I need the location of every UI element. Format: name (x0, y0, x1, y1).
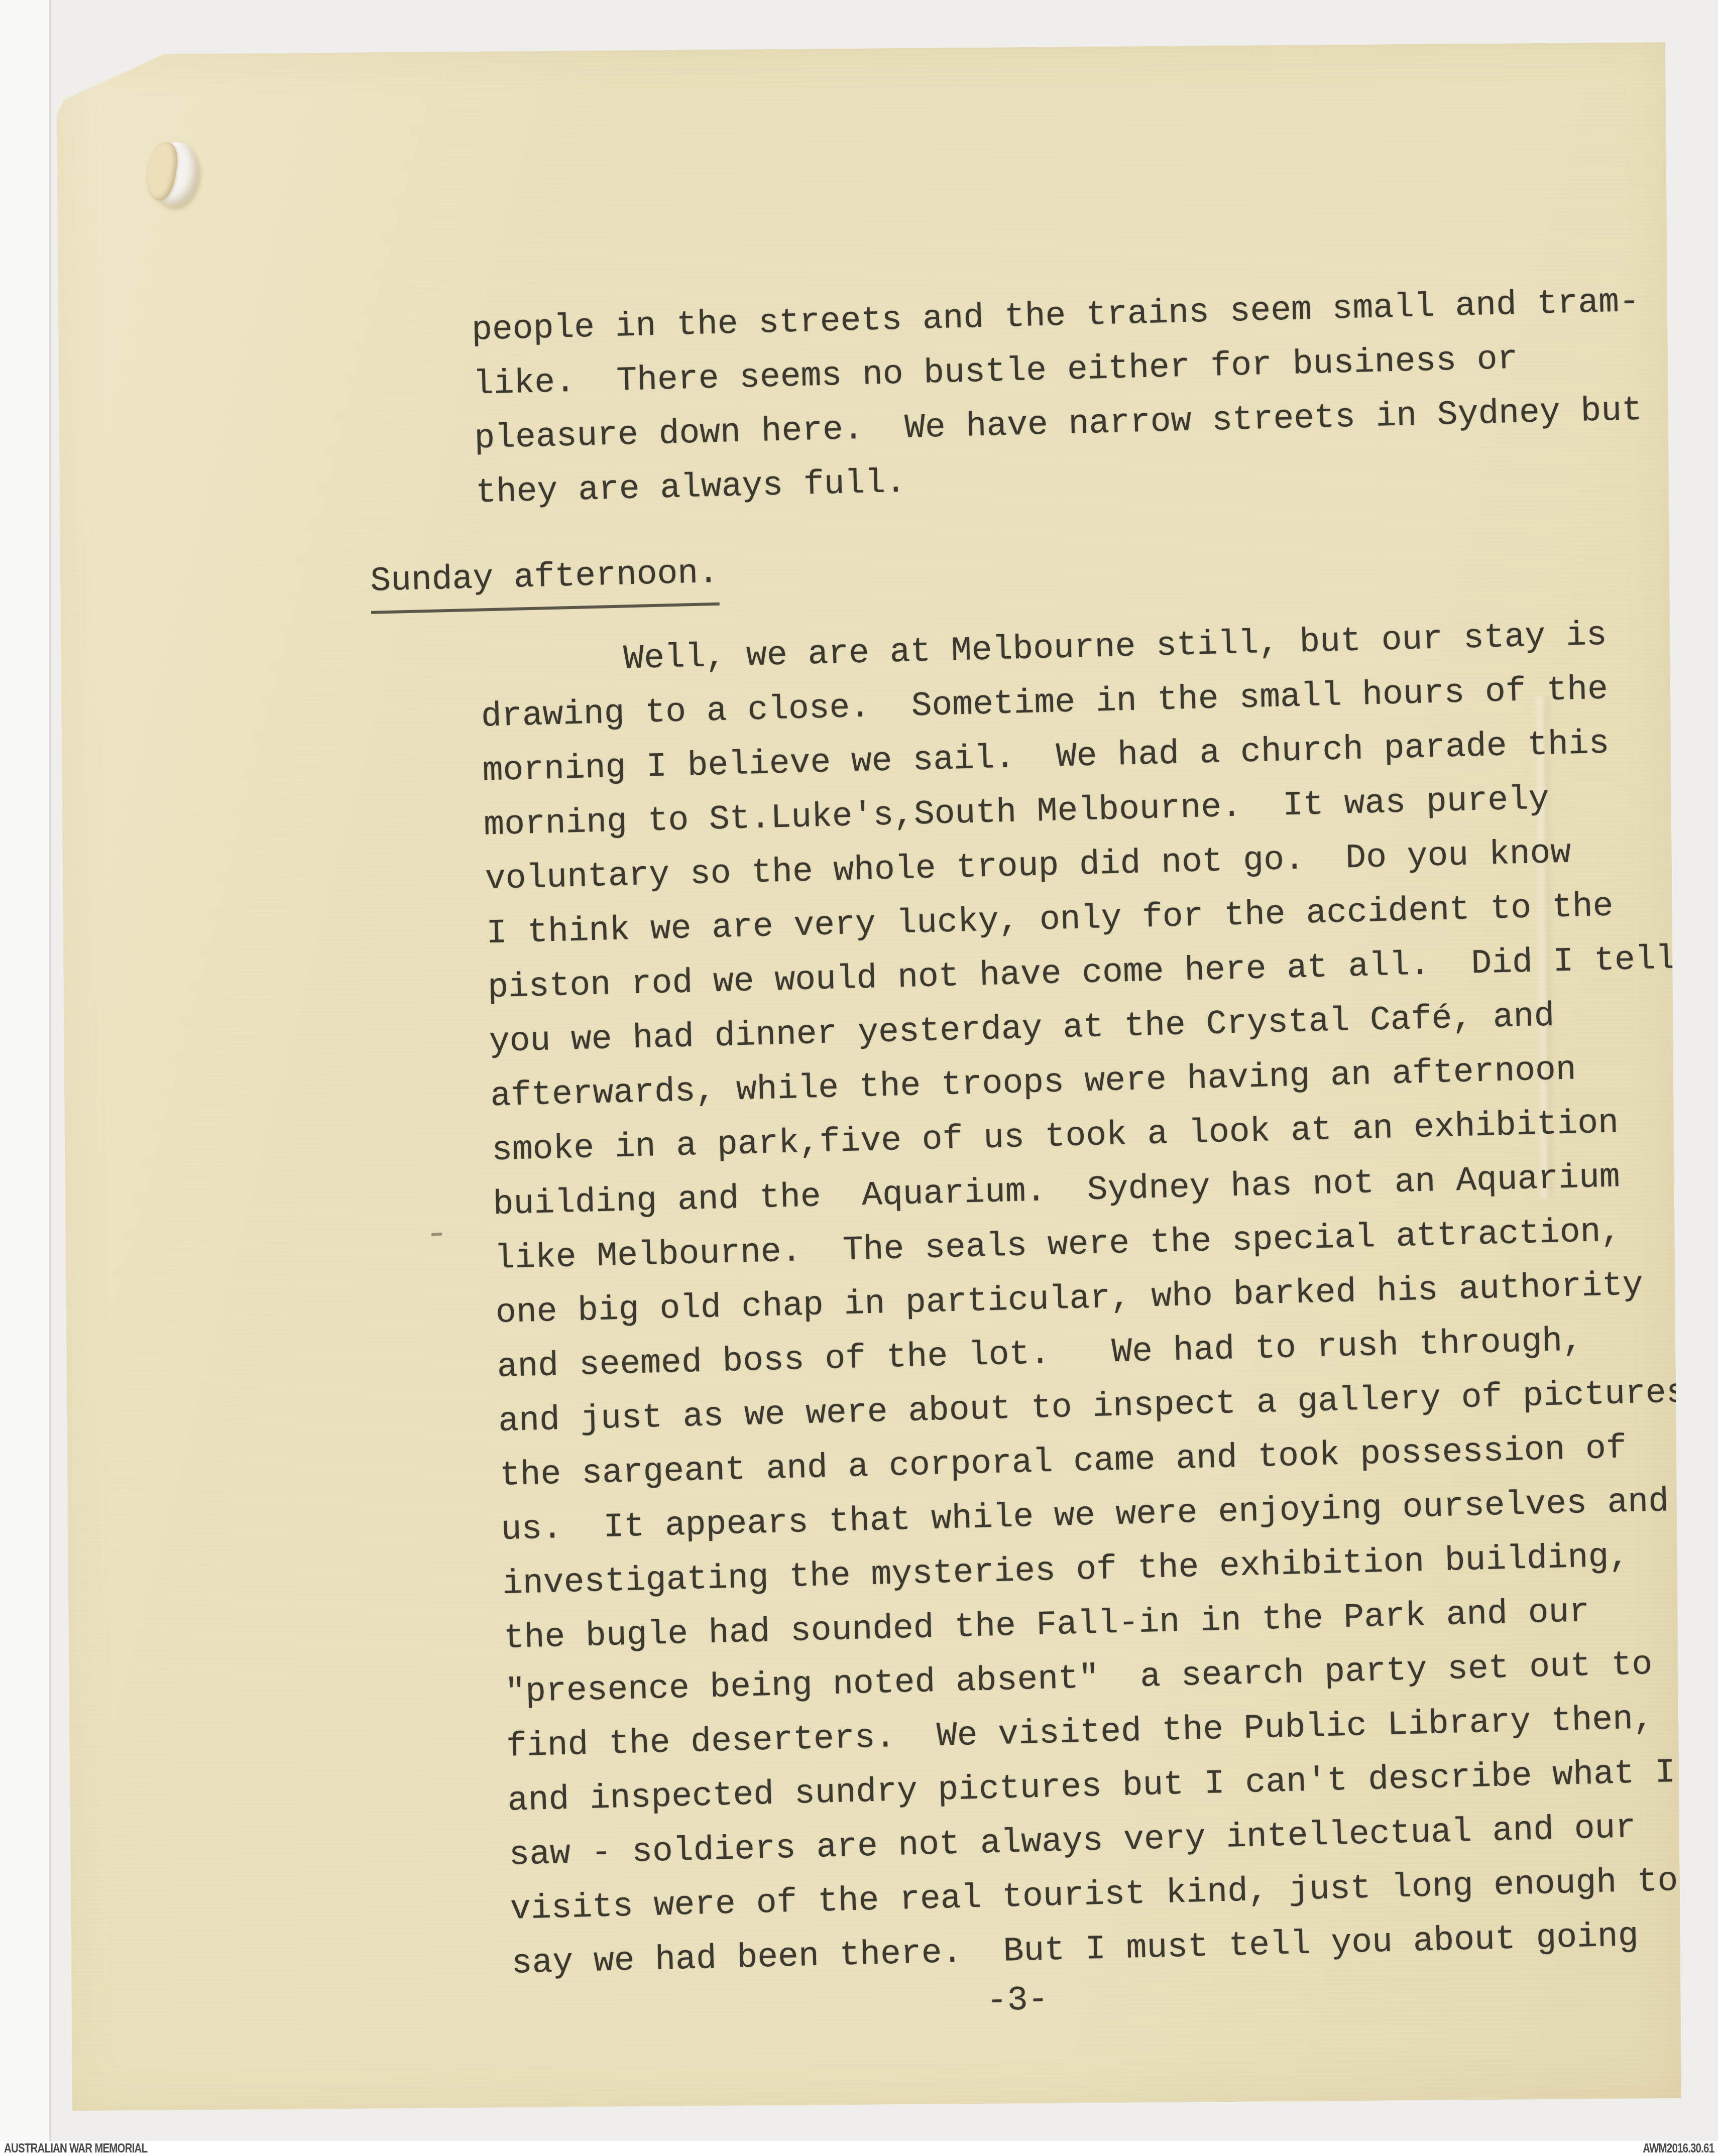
paper-hole (150, 139, 203, 209)
torn-corner-edge (59, 51, 163, 100)
section-heading: Sunday afternoon. (370, 546, 719, 614)
typed-text-block: people in the streets and the trains see… (471, 274, 1718, 2041)
paragraph-1: people in the streets and the trains see… (471, 274, 1681, 521)
archive-footer: AUSTRALIAN WAR MEMORIAL AWM2016.30.61 (0, 2141, 1718, 2156)
archive-id-label: AWM2016.30.61 (1643, 2141, 1714, 2156)
paragraph-2: Well, we are at Melbourne still, but our… (479, 607, 1717, 1991)
document-scan: people in the streets and the trains see… (0, 0, 1718, 2156)
paper-hole-flap (143, 140, 180, 202)
scan-left-strip (0, 0, 51, 2156)
archive-name-label: AUSTRALIAN WAR MEMORIAL (4, 2141, 147, 2156)
section-heading-row: Sunday afternoon. (370, 523, 1683, 614)
letter-page: people in the streets and the trains see… (56, 42, 1681, 2111)
stray-pencil-mark (431, 1232, 442, 1236)
